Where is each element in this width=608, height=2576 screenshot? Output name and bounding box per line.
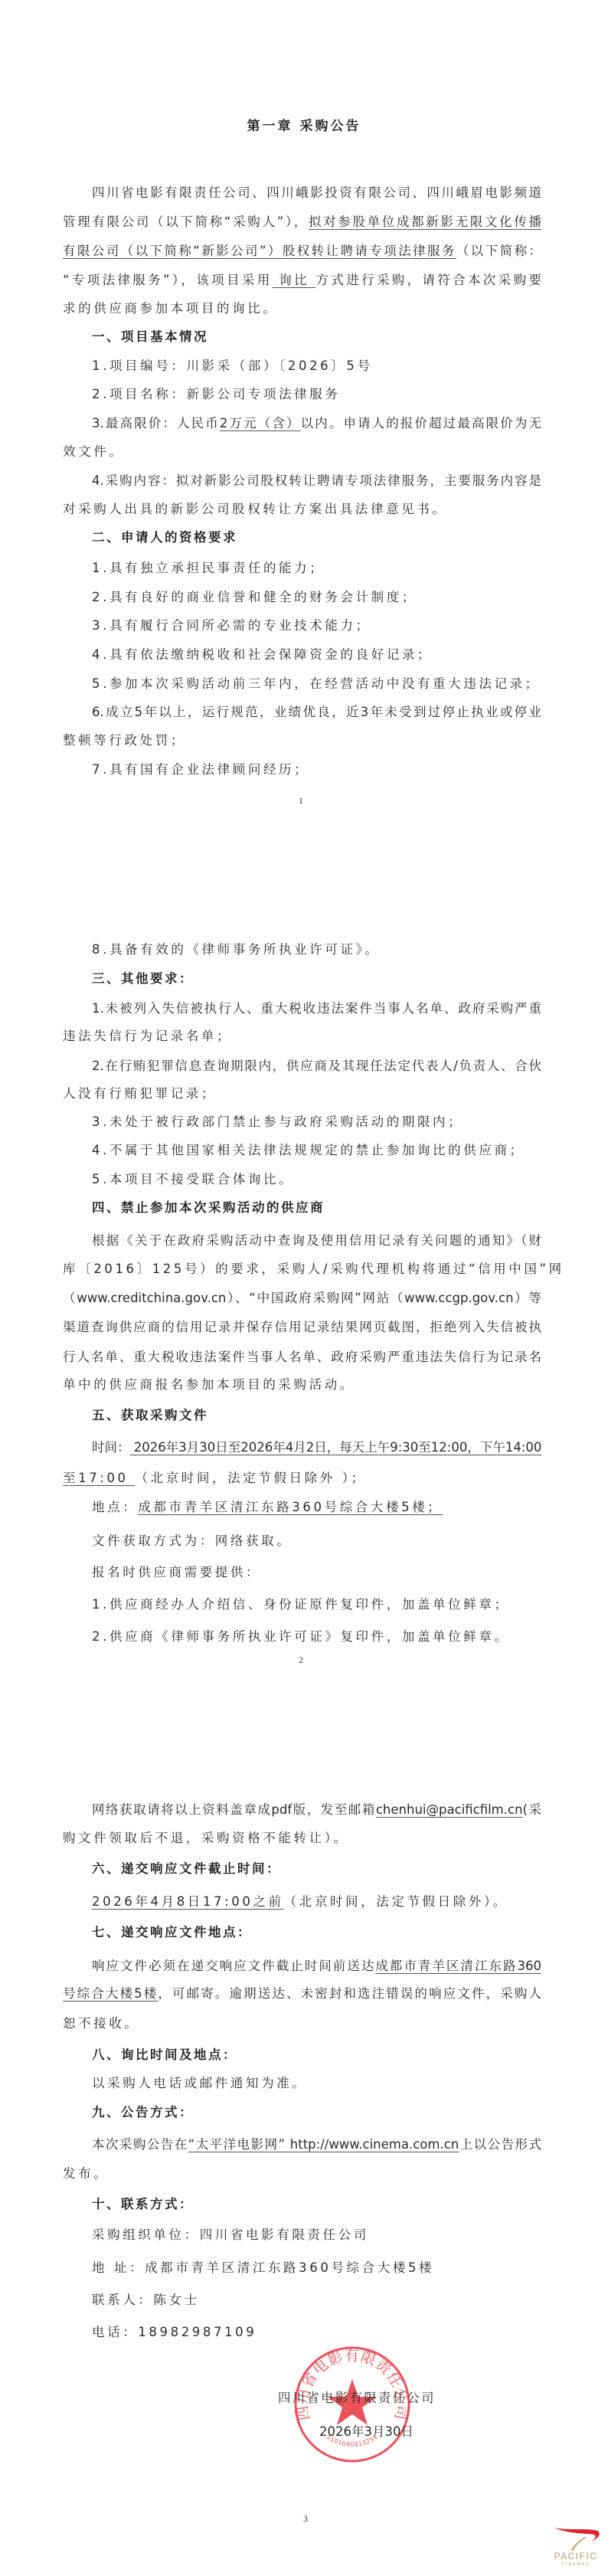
section-heading: 四、禁止参加本次采购活动的供应商 xyxy=(92,1200,541,1216)
text-line: 恕不接收。 xyxy=(63,2015,541,2032)
text-segment: 整顿等行政处罚； xyxy=(63,733,186,748)
text-segment: 四、禁止参加本次采购活动的供应商 xyxy=(92,1200,325,1215)
text-line: 1.具有独立承担民事责任的能力； xyxy=(92,560,541,577)
section-heading: 一、项目基本情况 xyxy=(92,329,541,345)
text-segment: 单中的供应商报名参加本项目的采购活动。 xyxy=(63,1377,355,1392)
text-segment: 1.项目编号：川影采（部）〔2026〕5号 xyxy=(92,358,373,373)
text-segment: (采 xyxy=(523,1802,541,1817)
text-line: 管理有限公司（以下简称“采购人”），拟对参股单位成都新影无限文化传播 xyxy=(63,214,541,231)
underlined-text: 询比 xyxy=(273,273,316,287)
text-segment: 以采购人电话或邮件通知为准。 xyxy=(92,2076,307,2090)
text-segment: 购文件领取后不退，采购资格不能转让）。 xyxy=(63,1831,349,1845)
text-segment: 以内。申请人的报价超过最高限价为无 xyxy=(301,416,541,430)
text-segment: 二、申请人的资格要求 xyxy=(92,530,237,545)
text-line: 8.具备有效的《律师事务所执业许可证》。 xyxy=(92,941,541,958)
text-segment: 地点： xyxy=(92,1500,138,1514)
text-segment: 六、递交响应文件截止时间： xyxy=(92,1861,281,1876)
text-line: 2026年4月8日17:00之前（北京时间，法定节假日除外）。 xyxy=(92,1894,541,1910)
text-segment: 7.具有国有企业法律顾问经历； xyxy=(92,762,309,777)
text-segment: 5.本项目不接受联合体询比。 xyxy=(92,1172,294,1187)
text-segment: 七、递交响应文件地点： xyxy=(92,1925,252,1939)
text-segment: 本次采购公告在 xyxy=(92,2137,188,2152)
text-line: 整顿等行政处罚； xyxy=(63,732,541,749)
underlined-text: 号综合大楼5楼 xyxy=(63,1986,158,2001)
text-segment: 地 址：成都市青羊区清江东路360号综合大楼5楼 xyxy=(92,2260,434,2275)
text-line: 电话：18982987109 xyxy=(92,2324,541,2341)
text-line: 网络获取请将以上资料盖章成pdf版，发至邮箱chenhui@pacificfil… xyxy=(92,1802,541,1818)
section-heading: 九、公告方式： xyxy=(92,2104,541,2121)
underlined-text: 2026年3月30日至2026年4月2日，每天上午9:30至12:00，下午14… xyxy=(130,1440,542,1455)
text-line: 单中的供应商报名参加本项目的采购活动。 xyxy=(63,1376,541,1393)
text-line: 报名时供应商需要提供： xyxy=(92,1564,541,1581)
text-line: 响应文件必须在递交响应文件截止时间前送达成都市青羊区清江东路360 xyxy=(92,1958,541,1975)
text-line: 至17:00 （北京时间，法定节假日除外 ）； xyxy=(63,1470,541,1487)
text-line: 根据《关于在政府采购活动中查询及使用信用记录有关问题的通知》（财 xyxy=(92,1232,541,1249)
text-segment: 上以公告形式 xyxy=(459,2137,541,2152)
text-line: 人没有行贿犯罪记录； xyxy=(63,1085,541,1102)
text-line: 发布。 xyxy=(63,2165,541,2182)
page-number: 2 xyxy=(286,1655,316,1666)
underlined-text: 拟对参股单位成都新影无限文化传播 xyxy=(309,214,541,229)
text-segment: 电话：18982987109 xyxy=(92,2325,257,2339)
text-line: 号综合大楼5楼，可邮寄。逾期送达、未密封和选注错误的响应文件，采购人 xyxy=(63,1985,541,2002)
text-segment: 对采购人出具的新影公司股权转让方案出具法律意见书。 xyxy=(63,502,448,516)
text-segment: 九、公告方式： xyxy=(92,2105,194,2119)
text-segment: ，可邮寄。逾期送达、未密封和选注错误的响应文件，采购人 xyxy=(158,1986,541,2001)
text-segment: 效文件。 xyxy=(63,444,124,459)
text-segment: 人没有行贿犯罪记录； xyxy=(63,1086,217,1101)
logo-wordmark: PACIFIC xyxy=(545,2551,606,2561)
text-segment: 时间： xyxy=(92,1440,130,1455)
text-segment: 采购组织单位：四川省电影有限责任公司 xyxy=(92,2227,369,2242)
text-line: 6.成立5年以上，运行规范，业绩优良，近3年未受到过停止执业或停业 xyxy=(92,704,541,721)
text-segment: 方式进行采购，请符合本次采购要 xyxy=(316,273,541,287)
text-line: 以采购人电话或邮件通知为准。 xyxy=(92,2075,541,2092)
text-line: 4.采购内容：拟对新影公司股权转让聘请专项法律服务，主要服务内容是 xyxy=(92,473,541,489)
page-number: 3 xyxy=(290,2513,321,2525)
text-line: “专项法律服务”），该项目采用 询比 方式进行采购，请符合本次采购要 xyxy=(63,272,541,289)
text-line: 购文件领取后不退，采购资格不能转让）。 xyxy=(63,1830,541,1847)
text-segment: 8.具备有效的《律师事务所执业许可证》。 xyxy=(92,942,381,957)
signature-date: 2026年3月30日 xyxy=(319,2421,411,2440)
text-segment: 管理有限公司（以下简称“采购人”）， xyxy=(63,214,309,229)
text-line: 地 址：成都市青羊区清江东路360号综合大楼5楼 xyxy=(92,2260,541,2277)
text-segment: 2.具有良好的商业信誉和健全的财务会计制度； xyxy=(92,590,417,604)
text-line: 3.最高限价：人民币2万元（含）以内。申请人的报价超过最高限价为无 xyxy=(92,415,541,432)
underlined-text: 成都市青羊区清江东路360 xyxy=(375,1959,541,1973)
text-segment: 文件获取方式为：网络获取。 xyxy=(92,1533,292,1548)
text-segment: 5.参加本次采购活动前三年内，在经营活动中没有重大违法记录； xyxy=(92,676,541,691)
text-line: 库〔2016〕125号）的要求，采购人/采购代理机构将通过“信用中国”网 xyxy=(63,1261,541,1278)
text-segment: “专项法律服务”），该项目采用 xyxy=(63,273,273,287)
text-line: 四川省电影有限责任公司、四川峨影投资有限公司、四川峨眉电影频道 xyxy=(92,185,541,201)
text-segment: 十、联系方式： xyxy=(92,2197,194,2211)
text-line: 本次采购公告在“太平洋电影网” http://www.cinema.com.cn… xyxy=(92,2136,541,2153)
signature-company-name: 四川省电影有限责任公司 xyxy=(278,2388,431,2406)
text-segment: 网络获取请将以上资料盖章成pdf版，发至邮箱 xyxy=(92,1802,376,1817)
text-segment: 渠道查询供应商的信用记录并保存信用记录结果网页截图，拒绝列入失信被执 xyxy=(63,1320,541,1334)
underlined-text: 2026年4月8日17:00之前 xyxy=(92,1894,284,1909)
text-line: 2.供应商《律师事务所执业许可证》复印件，加盖单位鲜章。 xyxy=(92,1628,541,1645)
logo-subtitle: CINEMAS xyxy=(545,2562,606,2567)
text-segment: 四川省电影有限责任公司、四川峨影投资有限公司、四川峨眉电影频道 xyxy=(92,185,541,200)
section-heading: 六、递交响应文件截止时间： xyxy=(92,1861,541,1877)
text-segment: 违法失信行为记录名单； xyxy=(63,1029,232,1043)
text-line: 联系人：陈女士 xyxy=(92,2292,541,2309)
text-segment: 响应文件必须在递交响应文件截止时间前送达 xyxy=(92,1959,375,1973)
text-line: 违法失信行为记录名单； xyxy=(63,1028,541,1045)
text-line: 4.具有依法缴纳税收和社会保障资金的良好记录； xyxy=(92,646,541,663)
text-segment: 4.采购内容：拟对新影公司股权转让聘请专项法律服务，主要服务内容是 xyxy=(92,473,541,488)
text-line: 对采购人出具的新影公司股权转让方案出具法律意见书。 xyxy=(63,501,541,518)
text-line: 4.不属于其他国家相关法律法规规定的禁止参加询比的供应商； xyxy=(92,1142,541,1159)
section-heading: 十、联系方式： xyxy=(92,2196,541,2213)
text-line: 1.未被列入失信被执行人、重大税收违法案件当事人名单、政府采购严重 xyxy=(92,1000,541,1017)
text-segment: 1.未被列入失信被执行人、重大税收违法案件当事人名单、政府采购严重 xyxy=(92,1001,541,1016)
pacific-cinemas-logo: PACIFIC CINEMAS xyxy=(545,2526,606,2572)
text-segment: 3.具有履行合同所必需的专业技术能力； xyxy=(92,618,371,633)
text-line: 求的供应商参加本项目的询比。 xyxy=(63,300,541,317)
text-segment: 发布。 xyxy=(63,2166,109,2181)
text-segment: 根据《关于在政府采购活动中查询及使用信用记录有关问题的通知》（财 xyxy=(92,1233,541,1248)
section-heading: 三、其他要求： xyxy=(92,971,541,987)
section-heading: 二、申请人的资格要求 xyxy=(92,529,541,546)
text-line: 2.项目名称：新影公司专项法律服务 xyxy=(92,386,541,403)
section-heading: 八、询比时间及地点： xyxy=(92,2047,541,2064)
underlined-text: 2万元（含） xyxy=(220,416,301,430)
underlined-text: “太平洋电影网” http://www.cinema.com.cn xyxy=(188,2137,459,2152)
text-segment: 五、获取采购文件 xyxy=(92,1408,208,1422)
text-line: （www.creditchina.gov.cn）、“中国政府采购网”网站（www… xyxy=(63,1290,541,1307)
text-line: 2.具有良好的商业信誉和健全的财务会计制度； xyxy=(92,589,541,606)
text-segment: 2.在行贿犯罪信息查询期限内，供应商及其现任法定代表人/负责人、合伙 xyxy=(92,1059,541,1073)
chapter-title: 第一章 采购公告 xyxy=(0,115,608,134)
text-line: 5.参加本次采购活动前三年内，在经营活动中没有重大违法记录； xyxy=(92,676,541,692)
text-segment: （北京时间，法定节假日除外）。 xyxy=(284,1894,508,1909)
underlined-text: 至17:00 xyxy=(63,1471,136,1485)
text-segment: 库〔2016〕125号）的要求，采购人/采购代理机构将通过“信用中国”网 xyxy=(63,1262,564,1276)
text-line: 3.未处于被行政部门禁止参与政府采购活动的期限内； xyxy=(92,1114,541,1131)
text-segment: 求的供应商参加本项目的询比。 xyxy=(63,301,278,316)
text-segment: 3.未处于被行政部门禁止参与政府采购活动的期限内； xyxy=(92,1115,463,1129)
text-line: 效文件。 xyxy=(63,444,541,460)
text-line: 渠道查询供应商的信用记录并保存信用记录结果网页截图，拒绝列入失信被执 xyxy=(63,1319,541,1336)
text-segment: 3.最高限价：人民币 xyxy=(92,416,220,430)
text-segment: 行人名单、重大税收违法案件当事人名单、政府采购严重违法失信行为记录名 xyxy=(63,1350,541,1364)
text-segment: 2.供应商《律师事务所执业许可证》复印件，加盖单位鲜章。 xyxy=(92,1629,510,1644)
swoosh-logo-icon xyxy=(545,2526,606,2551)
page-number: 1 xyxy=(286,795,316,807)
section-heading: 五、获取采购文件 xyxy=(92,1407,541,1424)
text-line: 7.具有国有企业法律顾问经历； xyxy=(92,761,541,778)
procurement-announcement-document: 第一章 采购公告 四川省电影有限责任公司、四川峨影投资有限公司、四川峨眉电影频道… xyxy=(0,0,608,2576)
text-segment: 4.具有依法缴纳税收和社会保障资金的良好记录； xyxy=(92,647,433,662)
text-line: 时间： 2026年3月30日至2026年4月2日，每天上午9:30至12:00，… xyxy=(92,1439,541,1456)
text-segment: 1.具有独立承担民事责任的能力； xyxy=(92,561,325,575)
text-line: 1.项目编号：川影采（部）〔2026〕5号 xyxy=(92,358,541,375)
text-segment: （www.creditchina.gov.cn）、“中国政府采购网”网站（www… xyxy=(63,1291,541,1305)
text-segment: 2.项目名称：新影公司专项法律服务 xyxy=(92,387,340,401)
underlined-text: chenhui@pacificfilm.cn xyxy=(376,1802,523,1817)
text-line: 有限公司（以下简称“新影公司”）股权转让聘请专项法律服务（以下简称： xyxy=(63,243,541,260)
text-segment: 恕不接收。 xyxy=(63,2016,140,2031)
text-segment: 三、其他要求： xyxy=(92,971,194,986)
text-segment: 4.不属于其他国家相关法律法规规定的禁止参加询比的供应商； xyxy=(92,1143,525,1157)
text-line: 行人名单、重大税收违法案件当事人名单、政府采购严重违法失信行为记录名 xyxy=(63,1349,541,1366)
underlined-text: 有限公司（以下简称“新影公司”）股权转让聘请专项法律服务 xyxy=(63,244,456,258)
section-heading: 七、递交响应文件地点： xyxy=(92,1924,541,1941)
text-line: 1.供应商经办人介绍信、身份证原件复印件，加盖单位鲜章； xyxy=(92,1596,541,1613)
text-segment: 报名时供应商需要提供： xyxy=(92,1565,261,1579)
text-segment: 八、询比时间及地点： xyxy=(92,2047,237,2062)
text-segment: （北京时间，法定节假日除外 ）； xyxy=(136,1471,367,1485)
text-line: 2.在行贿犯罪信息查询期限内，供应商及其现任法定代表人/负责人、合伙 xyxy=(92,1058,541,1075)
text-segment: 一、项目基本情况 xyxy=(92,329,208,344)
text-segment: （以下简称： xyxy=(456,244,541,258)
text-segment: 联系人：陈女士 xyxy=(92,2293,200,2307)
text-line: 5.本项目不接受联合体询比。 xyxy=(92,1171,541,1188)
text-segment: 6.成立5年以上，运行规范，业绩优良，近3年未受到过停止执业或停业 xyxy=(92,705,541,719)
text-line: 3.具有履行合同所必需的专业技术能力； xyxy=(92,617,541,634)
text-line: 地点：成都市青羊区清江东路360号综合大楼5楼； xyxy=(92,1499,541,1516)
text-line: 采购组织单位：四川省电影有限责任公司 xyxy=(92,2227,541,2244)
text-segment: 1.供应商经办人介绍信、身份证原件复印件，加盖单位鲜章； xyxy=(92,1597,510,1612)
text-line: 文件获取方式为：网络获取。 xyxy=(92,1533,541,1550)
underlined-text: 成都市青羊区清江东路360号综合大楼5楼； xyxy=(138,1500,443,1514)
